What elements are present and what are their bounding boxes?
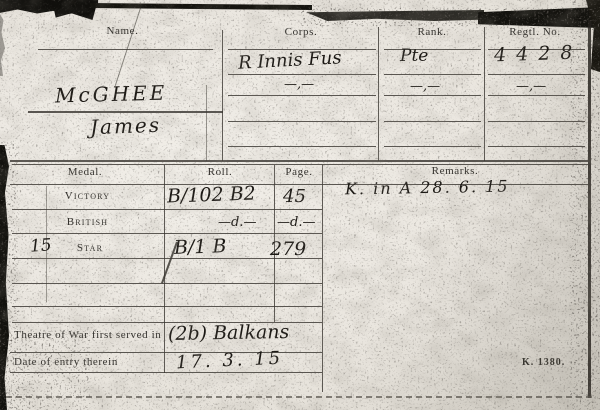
- medal-name-star: Star: [55, 242, 125, 254]
- form-number: K. 1380.: [522, 357, 565, 368]
- rule-line: [12, 209, 322, 210]
- rule-line: [10, 372, 322, 373]
- corps-entry: R Innis Fus: [238, 49, 342, 72]
- torn-edge-top-middle: [306, 10, 484, 21]
- corps-column-header: Corps.: [228, 26, 374, 38]
- regtl-no-ditto-mark: —,—: [516, 80, 546, 93]
- rule-line: [228, 121, 376, 122]
- rule-line: [12, 306, 322, 307]
- surname-entry: McGHEE: [55, 83, 168, 106]
- rank-column-header: Rank.: [384, 26, 480, 38]
- page-ditto-british: —d.—: [277, 216, 315, 229]
- remarks-column-header: Remarks.: [330, 165, 580, 177]
- roll-ditto-british: —d.—: [218, 216, 256, 229]
- rule-name-corps: [222, 30, 223, 161]
- roll-entry-victory: B/102 B2: [167, 184, 256, 206]
- rule-line: [384, 95, 481, 96]
- name-column-header: Name.: [40, 25, 205, 37]
- medal-index-card: Name. Corps. Rank. Regtl. No. McGHEE Jam…: [0, 0, 600, 410]
- rule-line: [228, 95, 376, 96]
- medal-star-prefix: 15: [29, 237, 52, 255]
- rule-line: [488, 146, 585, 147]
- rule-line: [488, 121, 585, 122]
- rule-line: [228, 74, 376, 75]
- medal-column-header: Medal.: [20, 166, 150, 178]
- rule-line: [488, 74, 585, 75]
- torn-edge-left: [0, 145, 9, 410]
- corps-ditto-mark: —,—: [284, 78, 314, 91]
- rule-line: [228, 146, 376, 147]
- rule-corps-rank: [378, 27, 379, 161]
- medal-name-victory: Victory: [30, 190, 145, 202]
- rule-line: [384, 49, 481, 50]
- date-of-entry-value: 17. 3. 15: [176, 350, 284, 373]
- torn-edge-bottom-dashed: [6, 396, 592, 398]
- rule-line: [38, 49, 213, 50]
- regtl-no-column-header: Regtl. No.: [486, 26, 584, 38]
- forename-entry: James: [90, 115, 162, 137]
- regtl-no-entry: 4 4 2 8: [494, 44, 575, 66]
- left-edge-speck: [0, 14, 5, 76]
- rule-name-corps-inner: [206, 85, 207, 161]
- rule-line: [12, 283, 322, 284]
- rule-line: [28, 111, 223, 113]
- page-entry-victory: 45: [283, 188, 306, 206]
- page-entry-star: 279: [270, 240, 306, 259]
- crease-mark: [115, 4, 143, 86]
- rule-page-remarks: [322, 165, 323, 392]
- rank-ditto-mark: —,—: [410, 80, 440, 93]
- roll-column-header: Roll.: [175, 166, 265, 178]
- torn-edge-top-line: [90, 3, 312, 10]
- rule-line: [384, 121, 481, 122]
- medal-name-british: British: [30, 216, 145, 228]
- rule-line: [12, 233, 322, 234]
- theatre-of-war-entry: (2b) Balkans: [168, 323, 290, 344]
- rule-line: [384, 74, 481, 75]
- section-divider: [10, 160, 588, 162]
- roll-entry-star: B/1 B: [174, 237, 227, 258]
- rule-line: [488, 95, 585, 96]
- rank-entry: Pte: [400, 48, 428, 65]
- torn-edge-top-right: [478, 7, 600, 28]
- theatre-of-war-label: Theatre of War first served in: [14, 329, 161, 341]
- page-column-header: Page.: [277, 166, 321, 178]
- remarks-entry: K. in A 28. 6. 15: [345, 179, 510, 198]
- card-right-border: [588, 20, 591, 398]
- rule-line: [384, 146, 481, 147]
- rule-medal-roll: [164, 165, 165, 373]
- date-of-entry-label: Date of entry therein: [14, 356, 118, 368]
- rule-rank-regtl: [484, 27, 485, 161]
